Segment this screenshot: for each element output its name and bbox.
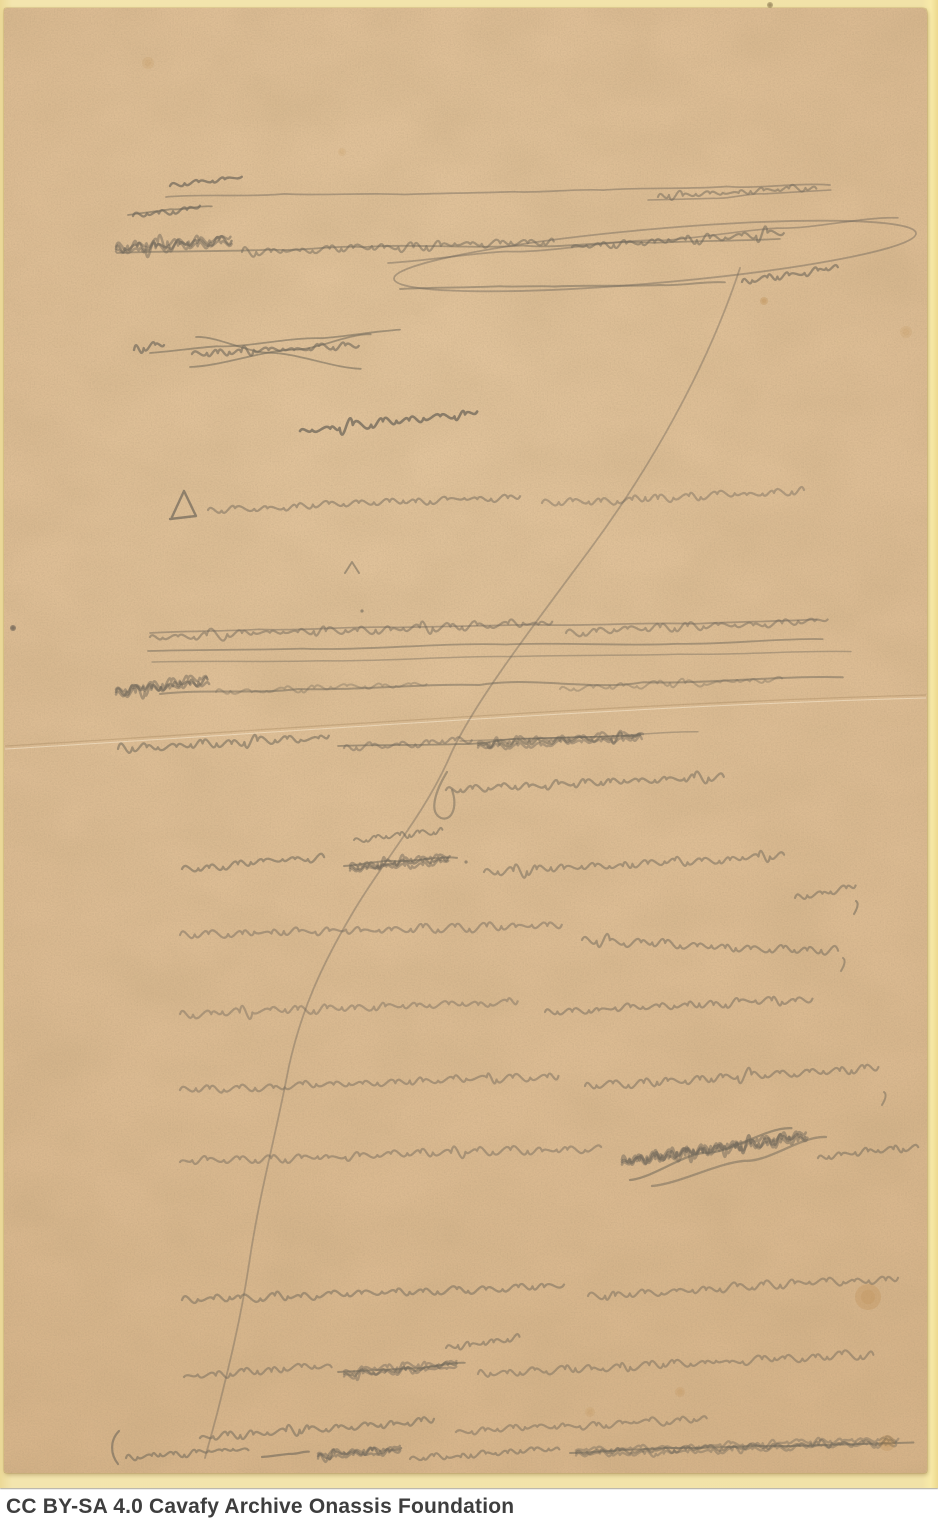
paper-stain-core [340, 150, 344, 154]
paper-stain-core [762, 299, 766, 303]
license-caption-text: CC BY-SA 4.0 Cavafy Archive Onassis Foun… [6, 1495, 514, 1519]
paper-stain-core [861, 1290, 875, 1304]
paper-stain-core [145, 60, 152, 67]
paper-stain-core [677, 1389, 683, 1395]
license-caption: CC BY-SA 4.0 Cavafy Archive Onassis Foun… [6, 1488, 936, 1526]
paper-stain-core [587, 1409, 593, 1415]
handwriting-layer [0, 0, 938, 1526]
paper-stain-core [883, 1439, 892, 1448]
dot-mark [464, 860, 467, 863]
scan-root: CC BY-SA 4.0 Cavafy Archive Onassis Foun… [0, 0, 938, 1526]
paper-stain-core [903, 329, 910, 336]
paper-stain-core [768, 3, 771, 6]
dot-mark [360, 609, 363, 612]
paper-stain-core [11, 626, 14, 629]
